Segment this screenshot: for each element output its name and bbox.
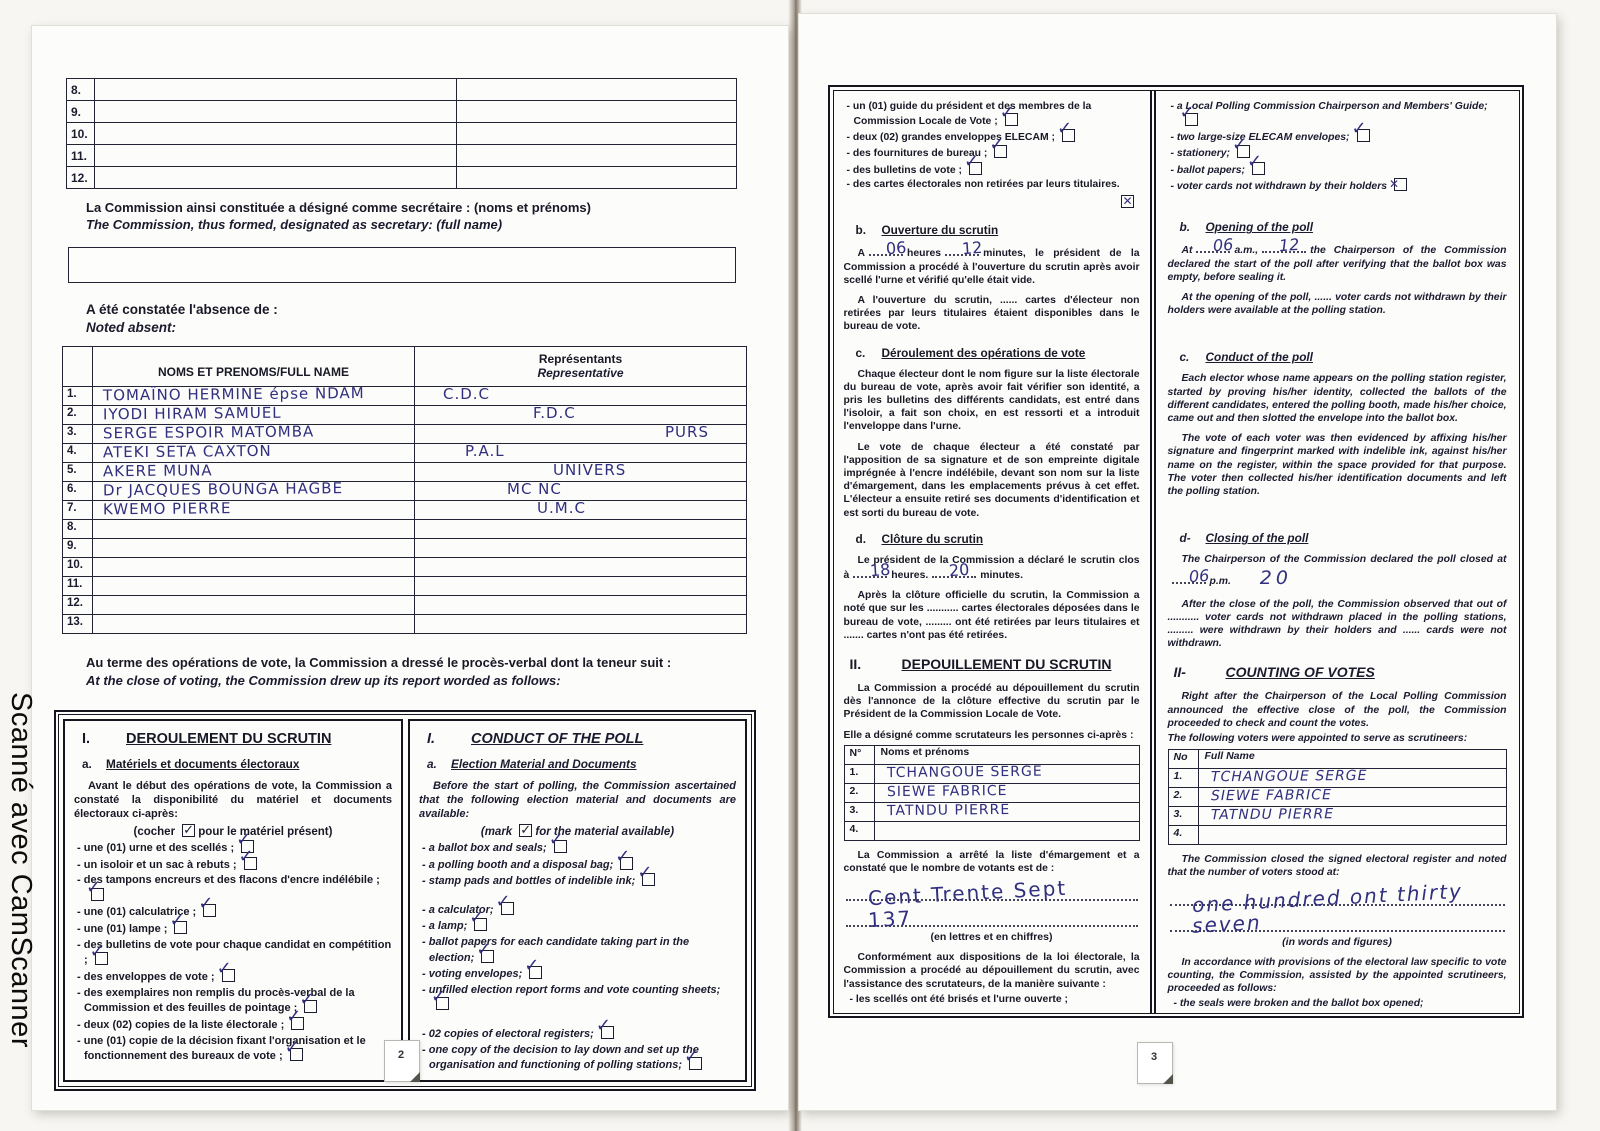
secretary-label-fr: La Commission ainsi constituée a désigné… [86,199,788,216]
table-row: 2.SIEWE FABRICE [844,783,1139,802]
checkbox-checked-icon: ✓ [501,902,514,915]
table-row: 11. [67,145,737,167]
checklist-item: a ballot box and seals;✓ [419,840,736,855]
closing-paragraph-fr: Le président de la Commission a déclaré … [844,554,1140,582]
row-number: 1. [63,387,93,406]
item-label: voter cards not withdrawn by their holde… [1177,181,1387,192]
checkbox-checked-icon: ✓ [244,857,257,870]
materials-intro-en: Before the start of polling, the Commiss… [419,779,736,821]
checklist-item: unfilled election report forms and vote … [419,983,736,1013]
empty-cell [95,145,457,167]
handwritten-name: AKERE MUNA [93,460,414,481]
handwritten-minute: 20 [1260,567,1292,589]
empty-cell [95,101,457,123]
handwritten-minute: 20 [935,562,970,580]
checklist-item: une (01) copie de la décision fixant l'o… [74,1034,392,1064]
checklist-item: stationery;✓ [1168,145,1507,160]
closing-title-en: Closing of the poll [1206,531,1309,545]
conformity-paragraph-fr: Conformément aux dispositions de la loi … [844,951,1140,991]
checkbox-checked-icon: ✓ [1185,113,1198,126]
column-header-number: No [1168,750,1198,769]
empty-cell [95,79,457,101]
row-number: 12. [67,167,95,189]
handwritten-name: KWEMO PIERRE [93,498,414,519]
item-label: des enveloppes de vote ; [84,971,215,983]
table-row: 7.KWEMO PIERREU.M.C [63,501,747,520]
voters-count-intro-en: The Commission closed the signed elector… [1168,853,1507,879]
item-label: one copy of the decision to lay down and… [429,1044,699,1071]
conduct-paragraph-1-fr: Chaque électeur dont le nom figure sur l… [844,368,1140,434]
empty-cell [457,101,737,123]
opening-title-fr: Ouverture du scrutin [882,223,999,237]
scrutineers-table-en: NoFull Name 1.TCHANGOUE SERGE 2.SIEWE FA… [1168,749,1507,845]
row-number: 10. [67,123,95,145]
subsection-title-en: Election Material and Documents [451,757,637,771]
scanned-election-report: { "watermark": "Scanné avec CamScanner",… [0,0,1600,1131]
row-number: 8. [67,79,95,101]
checkbox-checked-icon: ✓ [290,1048,303,1061]
empty-cell [93,558,415,577]
item-label: deux (02) copies de la liste électorale … [84,1019,285,1031]
absent-members-table: NOMS ET PRENOMS/FULL NAME Représentants … [62,346,747,634]
section-number: I. [82,731,126,747]
checklist-item: des cartes électorales non retirées par … [844,178,1140,191]
empty-cell [93,615,415,634]
row-number: 2. [1168,788,1198,807]
closing-cards-paragraph-fr: Après la clôture officielle du scrutin, … [844,589,1140,642]
handwritten-party: P.A.L [415,442,746,460]
secretary-designation: La Commission ainsi constituée a désigné… [86,199,788,233]
table-row: 10. [63,558,747,577]
report-intro: Au terme des opérations de vote, la Comm… [86,654,746,689]
checklist-item: ballot papers for each candidate taking … [419,935,736,965]
checklist-item: une (01) lampe ;✓ [74,921,392,936]
handwritten-hour: 06 [1199,237,1234,255]
row-number: 11. [63,577,93,596]
subsection-letter: d- [1180,531,1206,545]
subsection-letter: c. [1180,350,1206,364]
closing-paragraph-en: The Chairperson of the Commission declar… [1168,553,1507,590]
blank-field: 12 [1262,242,1306,253]
item-label: des tampons encreurs et des flacons d'en… [84,874,380,886]
checkbox-checked-icon: ✓ [95,952,108,965]
row-number: 3. [63,425,93,444]
section-number: II. [850,656,902,672]
text-segment: At [1182,245,1193,256]
checklist-item: des fournitures de bureau ;✓ [844,145,1140,160]
empty-cell [93,539,415,558]
scrutineers-intro-fr: Elle a désigné comme scrutateurs les per… [844,729,1140,742]
handwritten-hour: 18 [856,562,891,580]
column-header-names: NOMS ET PRENOMS/FULL NAME [93,347,415,387]
checklist-item: voting envelopes;✓ [419,966,736,981]
checkbox-checked-icon: ✓ [994,145,1007,158]
closing-title-fr: Clôture du scrutin [882,532,984,546]
row-number: 8. [63,520,93,539]
page3-french-column: un (01) guide du président et des membre… [834,91,1152,1013]
checklist-item: des bulletins de vote pour chaque candid… [74,938,392,968]
header-representative-en: Representative [415,366,746,380]
table-row: 1.TCHANGOUE SERGE [1168,769,1506,788]
empty-cell [93,520,415,539]
empty-cell [457,79,737,101]
row-number: 3. [1168,807,1198,826]
section-title-en: CONDUCT OF THE POLL [471,731,643,747]
checkbox-checked-icon: ✓ [642,873,655,886]
mark-instruction-en: (mark✓ for the material available) [419,824,736,838]
handwritten-name: SIEWE FABRICE [880,782,1138,800]
checklist-item: deux (02) copies de la liste électorale … [74,1017,392,1032]
commission-members-table: 8. 9. 10. 11. 12. [66,78,737,189]
checkbox-checked-icon: ✓ [1062,129,1075,142]
item-label: a Local Polling Commission Chairperson a… [1177,101,1488,112]
table-row: 13. [63,615,747,634]
absent-heading-fr: A été constatée l'absence de : [86,301,788,319]
scanned-page-3: un (01) guide du président et des membre… [799,14,1556,1110]
secretary-label-en: The Commission, thus formed, designated … [86,216,788,233]
blank-field: 06 [1172,573,1206,584]
row-number: 10. [63,558,93,577]
empty-cell [95,123,457,145]
handwritten-party: MC NC [415,480,746,498]
mark-post-fr: pour le matériel présent) [198,826,332,838]
checkbox-checked-icon: ✓ [203,904,216,917]
checklist-item: voter cards not withdrawn by their holde… [1168,178,1507,193]
subsection-title-fr: Matériels et documents électoraux [106,757,299,771]
empty-cell [415,577,747,596]
subsection-letter: b. [856,223,882,237]
absent-heading-en: Noted absent: [86,319,788,337]
page-corner-fold-icon [410,1072,420,1082]
handwritten-name: TATNDU PIERRE [880,801,1138,819]
checklist-item: un (01) guide du président et des membre… [844,100,1140,129]
closing-cards-paragraph-en: After the close of the poll, the Commiss… [1168,598,1507,651]
checkbox-checked-icon: ✓ [601,1026,614,1039]
counting-title-fr: DEPOUILLEMENT DU SCRUTIN [902,656,1112,672]
checkbox-checked-icon: ✓ [1357,129,1370,142]
table-row: 3.TATNDU PIERRE [1168,807,1506,826]
opening-cards-paragraph-fr: A l'ouverture du scrutin, ...... cartes … [844,294,1140,334]
handwritten-voters-figures: 137 [867,906,912,932]
voters-words-line-1-en: one hundred ont thirty [1170,882,1505,906]
table-row: 3.TATNDU PIERRE [844,802,1139,821]
table-row: 10. [67,123,737,145]
handwritten-party: UNIVERS [415,461,746,479]
empty-cell [874,821,1139,840]
checkbox-checked-icon: ✓ [91,888,104,901]
checklist-item: une (01) calculatrice ;✓ [74,904,392,919]
checklist-item: a Local Polling Commission Chairperson a… [1168,100,1507,129]
page-corner-fold-icon [1163,1074,1173,1084]
voters-figures-line-fr: 137 [846,903,1138,927]
row-number: 6. [63,482,93,501]
checkbox-checked-icon: ✓ [304,1000,317,1013]
item-label: unfilled election report forms and vote … [429,984,721,996]
text-segment: heures. [891,570,928,581]
blank-field: 06 [1196,242,1230,253]
page-number: 2 [398,1049,404,1061]
section-box: un (01) guide du président et des membre… [828,85,1524,1018]
item-label: des cartes électorales non retirées par … [853,179,1120,190]
conduct-paragraph-1-en: Each elector whose name appears on the p… [1168,372,1507,425]
table-row: 4. [844,821,1139,840]
row-number: 9. [63,539,93,558]
handwritten-minute: 12 [948,240,983,258]
opening-paragraph-fr: A06heures12minutes, le président de la C… [844,245,1140,287]
row-number: 4. [63,444,93,463]
item-label: ballot papers; [1177,165,1245,176]
handwritten-name: TCHANGOUE SERGE [880,763,1138,781]
checklist-item: une (01) urne et des scellés ;✓ [74,840,392,855]
words-figures-note-en: (in words and figures) [1168,936,1507,948]
handwritten-name: Dr JACQUES BOUNGA HAGBE [93,479,414,500]
checklist-item: ballot papers;✓ [1168,162,1507,177]
item-label: une (01) copie de la décision fixant l'o… [84,1035,366,1062]
row-number: 2. [63,406,93,425]
opening-cards-paragraph-en: At the opening of the poll, ...... voter… [1168,291,1507,317]
subsection-letter: a. [82,757,106,771]
voters-words-line-2-en: seven [1170,908,1505,932]
page3-english-column: a Local Polling Commission Chairperson a… [1154,91,1519,1013]
row-number: 1. [844,764,874,783]
blank-field: 06 [869,245,903,256]
item-label: a polling booth and a disposal bag; [429,859,614,871]
camscanner-watermark: Scanné avec CamScanner [4,692,37,1128]
checklist-item: des enveloppes de vote ;✓ [74,969,392,984]
item-label: une (01) urne et des scellés ; [84,842,234,854]
row-number: 13. [63,615,93,634]
item-label: des bulletins de vote ; [853,165,962,176]
checkbox-checked-icon: ✓ [1252,162,1265,175]
subsection-letter: d. [856,532,882,546]
row-number: 4. [1168,826,1198,845]
checklist-item: a lamp;✓ [419,918,736,933]
table-row: 12. [67,167,737,189]
table-row: 1.TCHANGOUE SERGE [844,764,1139,783]
column-header-name: Full Name [1198,750,1506,769]
checkbox-crossed-icon: ✕ [1121,195,1134,208]
conduct-paragraph-2-en: The vote of each voter was then evidence… [1168,432,1507,498]
scrutineers-intro-en: The following voters were appointed to s… [1168,732,1507,745]
words-figures-note-fr: (en lettres et en chiffres) [844,931,1140,943]
item-label: a ballot box and seals; [429,842,547,854]
checklist-item: un isoloir et un sac à rebuts ;✓ [74,857,392,872]
counting-paragraph-fr: La Commission a procédé au dépouillement… [844,682,1140,722]
scrutineers-table-fr: N°Noms et prénoms 1.TCHANGOUE SERGE 2.SI… [844,745,1140,841]
handwritten-name: ATEKI SETA CAXTON [93,441,414,462]
handwritten-name: SERGE ESPOIR MATOMBA [93,422,414,443]
empty-cell [457,145,737,167]
checklist-item: des bulletins de vote ;✓ [844,162,1140,177]
checkbox-checked-icon: ✓ [222,969,235,982]
voters-count-intro-fr: La Commission a arrêté la liste d'émarge… [844,849,1140,875]
checkbox-checked-icon: ✓ [969,162,982,175]
empty-cell [415,539,747,558]
checklist-item: stamp pads and bottles of indelible ink;… [419,873,736,888]
item-label: un (01) guide du président et des membre… [853,101,1091,127]
handwritten-hour: 06 [1174,568,1209,586]
empty-cell [415,596,747,615]
conduct-title-fr: Déroulement des opérations de vote [882,346,1086,360]
item-label: ballot papers for each candidate taking … [429,936,689,963]
table-row: 9. [63,539,747,558]
report-intro-fr: Au terme des opérations de vote, la Comm… [86,654,746,672]
handwritten-party: PURS [415,423,746,441]
handwritten-party: F.D.C [415,404,746,422]
empty-cell [457,123,737,145]
conduct-title-en: Conduct of the poll [1206,350,1313,364]
column-header-name: Noms et prénoms [874,745,1139,764]
handwritten-party: C.D.C [415,385,746,403]
checkbox-crossed-icon: ✕ [1394,178,1407,191]
column-header-representative: Représentants Representative [415,347,747,387]
table-row: 8. [67,79,737,101]
report-intro-en: At the close of voting, the Commission d… [86,672,746,690]
text-segment: A [858,248,866,259]
section-1-box: I.DEROULEMENT DU SCRUTIN a.Matériels et … [54,710,756,1091]
mark-pre-fr: (cocher [134,826,176,838]
seals-broken-line-en: - the seals were broken and the ballot b… [1168,997,1507,1010]
section-number: II- [1174,664,1226,680]
handwritten-name: TCHANGOUE SERGE [1204,767,1505,786]
empty-cell [63,347,93,387]
checkbox-checked-icon: ✓ [689,1057,702,1070]
table-row: 2.SIEWE FABRICE [1168,788,1506,807]
handwritten-minute: 12 [1265,237,1300,255]
item-label: stationery; [1177,148,1230,159]
empty-cell [1198,826,1506,845]
opening-title-en: Opening of the poll [1206,220,1313,234]
checkbox-checked-icon: ✓ [474,918,487,931]
subsection-letter: a. [427,757,451,771]
handwritten-name: TATNDU PIERRE [1204,805,1505,824]
checkbox-checked-icon: ✓ [291,1017,304,1030]
item-label: 02 copies of electoral registers; [429,1028,594,1040]
blank-field: 12 [945,245,979,256]
counting-title-en: COUNTING OF VOTES [1226,664,1375,680]
item-label: stamp pads and bottles of indelible ink; [429,875,636,887]
header-representants-fr: Représentants [539,352,622,366]
mark-pre-en: (mark [481,826,512,838]
empty-cell [415,520,747,539]
item-label: voting envelopes; [429,968,523,980]
table-row: 4. [1168,826,1506,845]
secretary-name-field [68,247,736,283]
checkbox-checked-icon: ✓ [554,840,567,853]
voters-words-line-fr: Cent Trente Sept [846,877,1138,901]
item-label: des bulletins de vote pour chaque candid… [84,939,391,966]
row-number: 7. [63,501,93,520]
blank-field: 20 [932,567,976,578]
checklist-item: 02 copies of electoral registers;✓ [419,1026,736,1041]
checkbox-checked-icon: ✓ [620,857,633,870]
section-1-english-column: I.CONDUCT OF THE POLL a.Election Materia… [408,719,747,1082]
text-segment: heures [907,248,941,259]
page-number-tag: 3 [1137,1042,1173,1084]
checklist-item: des tampons encreurs et des flacons d'en… [74,873,392,903]
opening-paragraph-en: At06a.m.,12the Chairperson of the Commis… [1168,242,1507,284]
checkbox-checked-icon: ✓ [481,950,494,963]
row-number: 5. [63,463,93,482]
checkbox-checked-icon: ✓ [519,824,532,837]
page-number: 3 [1151,1051,1157,1063]
row-number: 9. [67,101,95,123]
conduct-paragraph-2-fr: Le vote de chaque électeur a été constat… [844,441,1140,520]
text-segment: p.m. [1210,576,1231,587]
text-segment: The Chairperson of the Commission declar… [1182,554,1507,565]
checkbox-checked-icon: ✓ [436,997,449,1010]
mark-instruction-fr: (cocher✓ pour le matériel présent) [74,824,392,838]
table-row: 12. [63,596,747,615]
table-header-row: N°Noms et prénoms [844,745,1139,764]
table-header-row: NoFull Name [1168,750,1506,769]
counting-paragraph-en: Right after the Chairperson of the Local… [1168,690,1507,730]
checklist-item: a polling booth and a disposal bag;✓ [419,857,736,872]
checkbox-checked-icon: ✓ [529,966,542,979]
row-number: 11. [67,145,95,167]
column-header-number: N° [844,745,874,764]
checklist-item: des exemplaires non remplis du procès-ve… [74,986,392,1016]
row-number: 12. [63,596,93,615]
row-number: 3. [844,802,874,821]
checkbox-checked-icon: ✓ [174,921,187,934]
handwritten-voters-words: seven [1191,910,1262,938]
handwritten-name: IYODI HIRAM SAMUEL [93,403,414,424]
checklist-item: two large-size ELECAM envelopes;✓ [1168,129,1507,144]
empty-cell [415,558,747,577]
text-segment: a.m., [1234,245,1258,256]
table-header-row: NOMS ET PRENOMS/FULL NAME Représentants … [63,347,747,387]
section-title-fr: DEROULEMENT DU SCRUTIN [126,731,331,747]
empty-cell [93,577,415,596]
item-label: two large-size ELECAM envelopes; [1177,132,1350,143]
empty-cell [457,167,737,189]
subsection-letter: b. [1180,220,1206,234]
item-label: un isoloir et un sac à rebuts ; [84,859,237,871]
page-number-tag: 2 [384,1040,420,1082]
subsection-letter: c. [856,346,882,360]
handwritten-hour: 06 [871,240,906,258]
section-number: I. [427,731,471,747]
row-number: 4. [844,821,874,840]
scanned-page-2: 8. 9. 10. 11. 12. La Commission ainsi co… [32,26,788,1110]
row-number: 2. [844,783,874,802]
text-segment: minutes. [980,570,1023,581]
item-label: deux (02) grandes enveloppes ELECAM ; [853,132,1055,143]
absent-heading: A été constatée l'absence de : Noted abs… [86,301,788,336]
table-row: 9. [67,101,737,123]
seals-broken-line-fr: - les scellés ont été brisés et l'urne o… [844,993,1140,1006]
table-row: 11. [63,577,747,596]
conformity-paragraph-en: In accordance with provisions of the ele… [1168,956,1507,996]
checkbox-checked-icon: ✓ [182,824,195,837]
voter-cards-crossed-box: ✕ [844,193,1140,211]
handwritten-name: TOMAÏNO HERMINE épse NDAM [93,384,414,405]
materials-intro-fr: Avant le début des opérations de vote, l… [74,779,392,821]
checklist-item: one copy of the decision to lay down and… [419,1043,736,1073]
table-row: 8. [63,520,747,539]
blank-field: 18 [853,567,887,578]
item-label: a lamp; [429,920,468,932]
checkbox-checked-icon: ✓ [1005,113,1018,126]
empty-cell [415,615,747,634]
row-number: 1. [1168,769,1198,788]
handwritten-party: U.M.C [415,499,746,517]
handwritten-name: SIEWE FABRICE [1204,786,1505,805]
empty-cell [93,596,415,615]
section-1-french-column: I.DEROULEMENT DU SCRUTIN a.Matériels et … [63,719,403,1082]
item-label: une (01) lampe ; [84,923,168,935]
